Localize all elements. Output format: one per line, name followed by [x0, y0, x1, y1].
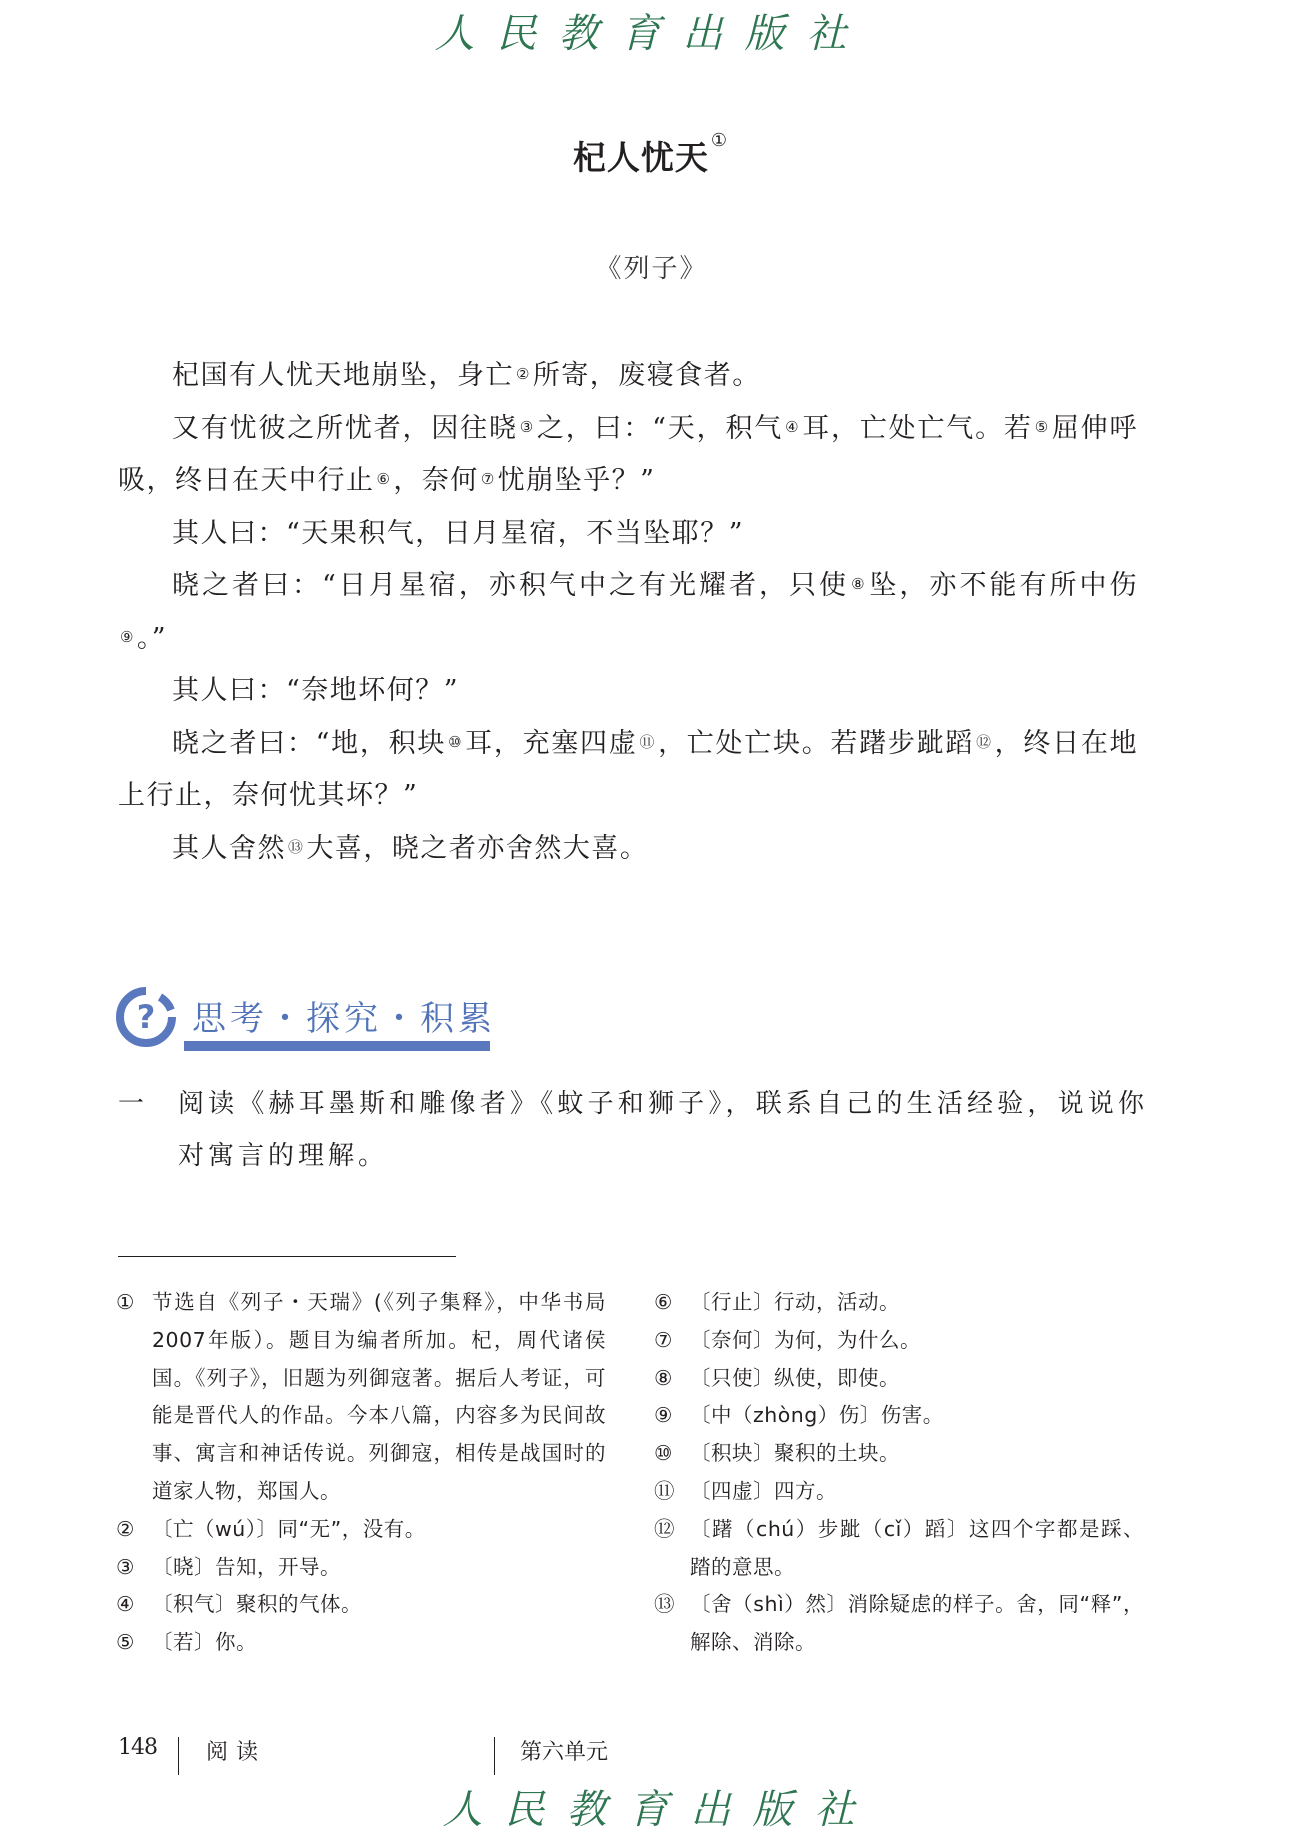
footnote-item: ⑧〔只使〕纵使，即使。 [654, 1360, 1144, 1398]
title-footnote-ref[interactable]: ① [711, 130, 728, 151]
footer-section-label: 阅读 [206, 1735, 266, 1766]
paragraph-text: 忧崩坠乎？” [498, 465, 656, 496]
footnote-mark: ⑤ [116, 1624, 135, 1662]
footnote-ref[interactable]: ③ [520, 418, 535, 436]
exercise-section-header: ? 思考・探究・积累 [114, 985, 514, 1065]
footnote-mark: ⑧ [654, 1360, 673, 1398]
footnote-mark: ② [116, 1511, 135, 1549]
article-paragraph: 其人曰：“天果积气，日月星宿，不当坠耶？” [118, 508, 1138, 561]
paragraph-text: ，奈何 [393, 465, 479, 496]
footnote-mark: ⑥ [654, 1284, 673, 1322]
footnotes-right-column: ⑥〔行止〕行动，活动。 ⑦〔奈何〕为何，为什么。 ⑧〔只使〕纵使，即使。 ⑨〔中… [654, 1284, 1144, 1662]
paragraph-text: 之，曰：“天，积气 [537, 413, 783, 444]
footnote-item: ⑦〔奈何〕为何，为什么。 [654, 1322, 1144, 1360]
footer-separator [178, 1737, 179, 1775]
footnote-text: 〔中（zhòng）伤〕伤害。 [690, 1403, 944, 1427]
footnote-mark: ④ [116, 1586, 135, 1624]
footnote-item: ③〔晓〕告知，开导。 [116, 1549, 606, 1587]
page-number: 148 [118, 1735, 157, 1760]
footnote-item: ②〔亡（wú）〕同“无”，没有。 [116, 1511, 606, 1549]
paragraph-text: 又有忧彼之所忧者，因往晓 [172, 413, 518, 444]
footnote-item: ⑥〔行止〕行动，活动。 [654, 1284, 1144, 1322]
footnote-item: ①节选自《列子・天瑞》(《列子集释》，中华书局2007年版）。题目为编者所加。杞… [116, 1284, 606, 1511]
footnote-ref[interactable]: ② [516, 365, 531, 383]
paragraph-text: 杞国有人忧天地崩坠，身亡 [172, 360, 514, 391]
footnote-text: 〔积气〕聚积的气体。 [152, 1592, 362, 1616]
page-footer: 148 阅读 第六单元 [0, 1735, 1303, 1775]
footnote-mark: ③ [116, 1549, 135, 1587]
paragraph-text: 大喜，晓之者亦舍然大喜。 [306, 833, 648, 864]
paragraph-text: 其人舍然 [172, 833, 286, 864]
footnote-item: ⑨〔中（zhòng）伤〕伤害。 [654, 1397, 1144, 1435]
footnote-text: 〔奈何〕为何，为什么。 [690, 1328, 921, 1352]
question-number: 一 [118, 1078, 148, 1130]
article-paragraph: 晓之者曰：“地，积块⑩耳，充塞四虚⑪，亡处亡块。若躇步跐蹈⑫，终日在地上行止，奈… [118, 718, 1138, 823]
footnote-ref[interactable]: ⑪ [639, 733, 656, 751]
publisher-logo-header: 人民教育出版社 [0, 14, 1303, 54]
footnote-mark: ⑨ [654, 1397, 673, 1435]
footnotes-left-column: ①节选自《列子・天瑞》(《列子集释》，中华书局2007年版）。题目为编者所加。杞… [116, 1284, 606, 1662]
footnote-ref[interactable]: ⑧ [851, 575, 867, 593]
paragraph-text: 所寄，废寝食者。 [533, 360, 761, 391]
article-paragraph: 其人舍然⑬大喜，晓之者亦舍然大喜。 [118, 823, 1138, 876]
footnote-ref[interactable]: ⑤ [1035, 418, 1050, 436]
footnote-text: 〔行止〕行动，活动。 [690, 1290, 900, 1314]
footnote-ref[interactable]: ⑩ [448, 733, 463, 751]
publisher-logo-footer: 人民教育出版社 [8, 1790, 1303, 1830]
footnote-item: ⑪〔四虚〕四方。 [654, 1473, 1144, 1511]
footnote-text: 〔亡（wú）〕同“无”，没有。 [152, 1517, 426, 1541]
footnote-item: ⑤〔若〕你。 [116, 1624, 606, 1662]
footnote-mark: ⑦ [654, 1322, 673, 1360]
article-paragraph: 杞国有人忧天地崩坠，身亡②所寄，废寝食者。 [118, 350, 1138, 403]
footnote-text: 〔舍（shì）然〕消除疑虑的样子。舍，同“释”，解除、消除。 [690, 1592, 1144, 1654]
paragraph-text: ，亡处亡块。若躇步跐蹈 [658, 728, 974, 759]
footnote-mark: ⑩ [654, 1435, 673, 1473]
footnote-mark: ⑪ [654, 1473, 675, 1511]
footnote-text: 〔躇（chú）步跐（cǐ）蹈〕这四个字都是踩、踏的意思。 [690, 1517, 1144, 1579]
paragraph-text: 耳，亡处亡气。若 [802, 413, 1033, 444]
footnote-mark: ⑬ [654, 1586, 675, 1624]
section-underline-bar [184, 1041, 490, 1051]
footnote-text: 〔四虚〕四方。 [690, 1479, 837, 1503]
footnote-item: ⑬〔舍（shì）然〕消除疑虑的样子。舍，同“释”，解除、消除。 [654, 1586, 1144, 1662]
article-body: 杞国有人忧天地崩坠，身亡②所寄，废寝食者。又有忧彼之所忧者，因往晓③之，曰：“天… [118, 350, 1138, 875]
paragraph-text: 晓之者曰：“日月星宿，亦积气中之有光耀者，只使 [172, 570, 849, 601]
article-paragraph: 又有忧彼之所忧者，因往晓③之，曰：“天，积气④耳，亡处亡气。若⑤屈伸呼吸，终日在… [118, 403, 1138, 508]
paragraph-text: 坠，亦不能有所中伤 [869, 570, 1138, 601]
question-text: 阅读《赫耳墨斯和雕像者》《蚊子和狮子》，联系自己的生活经验，说说你对寓言的理解。 [178, 1078, 1148, 1182]
footnote-text: 〔积块〕聚积的土块。 [690, 1441, 900, 1465]
footnote-ref[interactable]: ⑦ [481, 470, 496, 488]
paragraph-text: 。” [137, 623, 167, 654]
paragraph-text: 其人曰：“奈地坏何？” [172, 675, 459, 706]
article-title-text: 杞人忧天 [573, 138, 709, 177]
footnote-item: ⑫〔躇（chú）步跐（cǐ）蹈〕这四个字都是踩、踏的意思。 [654, 1511, 1144, 1587]
exercise-question: 一 阅读《赫耳墨斯和雕像者》《蚊子和狮子》，联系自己的生活经验，说说你对寓言的理… [118, 1078, 1148, 1182]
svg-text:?: ? [137, 998, 156, 1036]
paragraph-text: 其人曰：“天果积气，日月星宿，不当坠耶？” [172, 518, 744, 549]
footnote-ref[interactable]: ⑬ [288, 838, 304, 856]
footnote-ref[interactable]: ⑫ [976, 733, 993, 751]
footnote-ref[interactable]: ⑥ [377, 470, 392, 488]
footnote-item: ④〔积气〕聚积的气体。 [116, 1586, 606, 1624]
paragraph-text: 耳，充塞四虚 [465, 728, 637, 759]
article-paragraph: 晓之者曰：“日月星宿，亦积气中之有光耀者，只使⑧坠，亦不能有所中伤⑨。” [118, 560, 1138, 665]
article-paragraph: 其人曰：“奈地坏何？” [118, 665, 1138, 718]
footnote-divider [118, 1256, 456, 1257]
footnote-text: 〔晓〕告知，开导。 [152, 1555, 341, 1579]
footer-unit-label: 第六单元 [520, 1735, 608, 1766]
footnote-item: ⑩〔积块〕聚积的土块。 [654, 1435, 1144, 1473]
footnote-text: 〔若〕你。 [152, 1630, 257, 1654]
footnote-text: 〔只使〕纵使，即使。 [690, 1366, 900, 1390]
footnote-ref[interactable]: ⑨ [120, 628, 135, 646]
footnote-text: 节选自《列子・天瑞》(《列子集释》，中华书局2007年版）。题目为编者所加。杞，… [152, 1290, 606, 1503]
question-mark-icon: ? [114, 985, 178, 1049]
footer-separator [494, 1737, 495, 1775]
footnote-ref[interactable]: ④ [785, 418, 800, 436]
paragraph-text: 晓之者曰：“地，积块 [172, 728, 446, 759]
footnote-mark: ⑫ [654, 1511, 675, 1549]
article-title: 杞人忧天① [0, 132, 1303, 179]
article-source: 《列子》 [0, 248, 1303, 285]
footnote-mark: ① [116, 1284, 135, 1322]
exercise-section-title: 思考・探究・积累 [192, 991, 496, 1040]
